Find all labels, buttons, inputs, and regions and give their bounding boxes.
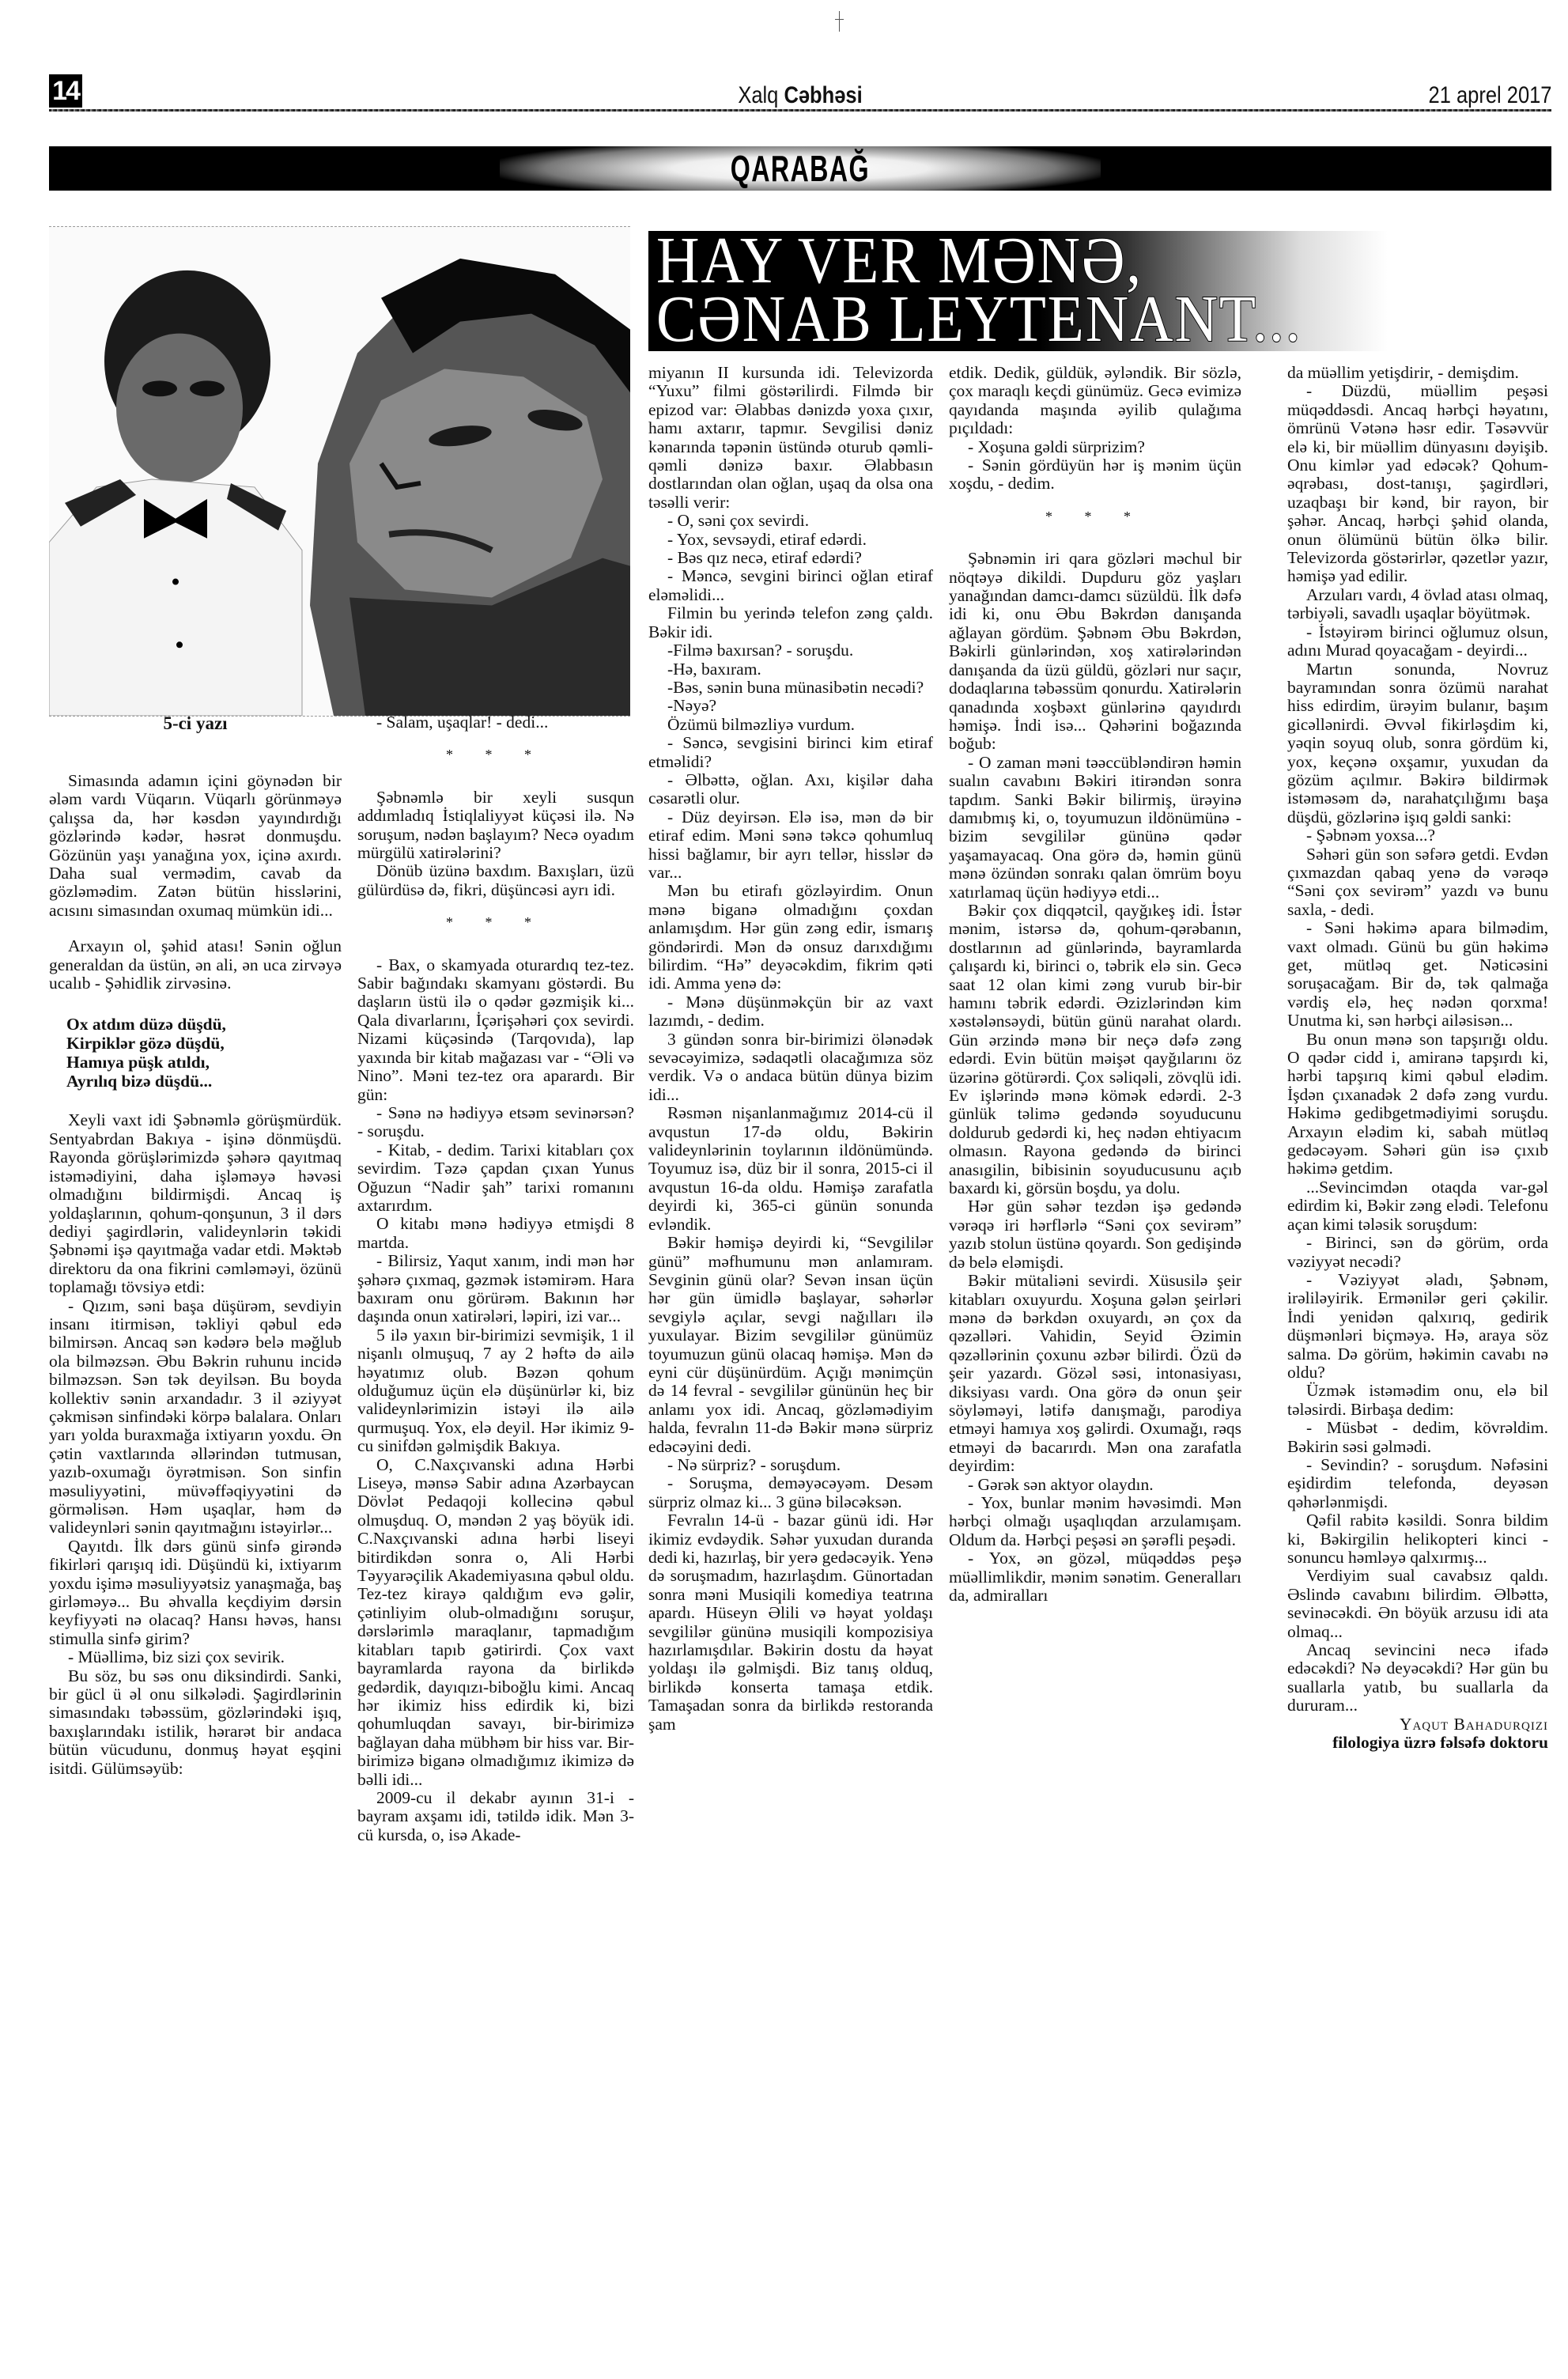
verse-line: Ox atdım düzə düşdü, [66, 1015, 342, 1034]
verse-line: Ayrılıq bizə düşdü... [66, 1072, 342, 1091]
paragraph: - Müəllimə, biz sizi çox sevirik. [49, 1648, 342, 1666]
section-separator: * * * [357, 746, 634, 764]
paragraph: - Bilirsiz, Yaqut xanım, indi mən hər şə… [357, 1252, 634, 1326]
paragraph: 5 ilə yaxın bir-birimizi sevmişik, 1 il … [357, 1326, 634, 1456]
paragraph: - Düz deyirsən. Elə isə, mən də bir etir… [648, 808, 933, 883]
print-registration-mark [832, 11, 848, 32]
paragraph: Ancaq sevincini necə ifadə edəcəkdi? Nə … [1287, 1641, 1548, 1715]
paragraph: - Birinci, sən də görüm, orda vəziyyət n… [1287, 1234, 1548, 1271]
paragraph: Mən bu etirafı gözləyirdim. Onun mənə bi… [648, 882, 933, 993]
headline-box: HAY VER MƏNƏ, CƏNAB LEYTENANT... [648, 231, 1518, 351]
paragraph: - Yox, ən gözəl, müqəddəs peşə müəllimli… [949, 1549, 1241, 1605]
portrait-photo-icon [49, 227, 630, 716]
paragraph: -Nəyə? [648, 697, 933, 715]
paragraph: -Filmə baxırsan? - soruşdu. [648, 641, 933, 660]
paragraph: Bəkir çox diqqətcil, qayğıkeş idi. İstər… [949, 902, 1241, 1198]
paragraph: etdik. Dedik, güldük, əyləndik. Bir sözl… [949, 364, 1241, 438]
paragraph: ...Sevincimdən otaqda var-gəl edirdim ki… [1287, 1178, 1548, 1234]
article-column-4: etdik. Dedik, güldük, əyləndik. Bir sözl… [949, 364, 1241, 1605]
paragraph: miyanın II kursunda idi. Televizorda “Yu… [648, 364, 933, 512]
paragraph: - Xoşuna gəldi sürprizim? [949, 438, 1241, 456]
article-column-2: - Salam, uşaqlar! - dedi... * * * Şəbnəm… [357, 713, 634, 1844]
paragraph: - Kitab, - dedim. Tarixi kitabları çox s… [357, 1141, 634, 1216]
article-photo [49, 226, 630, 717]
paragraph: Özümü bilməzliyə vurdum. [648, 716, 933, 734]
issue-date: 21 aprel 2017 [1428, 82, 1551, 109]
paragraph: - Vəziyyət əladı, Şəbnəm, irəliləyirik. … [1287, 1271, 1548, 1382]
page-number: 14 [49, 74, 82, 108]
paragraph: - Yox, sevsəydi, etiraf edərdi. [648, 531, 933, 549]
paragraph: - Sənə nə hədiyyə etsəm sevinərsən? - so… [357, 1104, 634, 1141]
paragraph: - Düzdü, müəllim peşəsi müqəddəsdi. Anca… [1287, 382, 1548, 585]
paragraph: - Bəs qız necə, etiraf edərdi? [648, 549, 933, 567]
paragraph: Bu onun mənə son tapşırığı oldu. O qədər… [1287, 1031, 1548, 1178]
paragraph: 3 gündən sonra bir-birimizi ölənədək sev… [648, 1031, 933, 1105]
paragraph: - Mənə düşünməkçün bir az vaxt lazımdı, … [648, 993, 933, 1031]
paragraph: Simasında adamın içini göynədən bir ələm… [49, 772, 342, 920]
paragraph: - Məncə, sevgini birinci oğlan etiraf el… [648, 567, 933, 604]
headline-line-2: CƏNAB LEYTENANT... [656, 289, 1302, 350]
paragraph: Filmin bu yerində telefon zəng çaldı. Bə… [648, 604, 933, 641]
paragraph: - Yox, bunlar mənim həvəsimdi. Mən hərbç… [949, 1494, 1241, 1549]
paragraph: Bu söz, bu səs onu diksindirdi. Sanki, b… [49, 1667, 342, 1778]
article-column-5: da müəllim yetişdirir, - demişdim. - Düz… [1287, 364, 1548, 1752]
author-name: Yaqut Bahadurqızı [1287, 1715, 1548, 1734]
paragraph: da müəllim yetişdirir, - demişdim. [1287, 364, 1548, 382]
newspaper-name: Xalq Cəbhəsi [162, 82, 1439, 109]
paragraph: Fevralın 14-ü - bazar günü idi. Hər ikim… [648, 1511, 933, 1734]
paragraph: -Hə, baxıram. [648, 660, 933, 679]
poem-verse: Ox atdım düzə düşdü, Kirpiklər gözə düşd… [49, 1015, 342, 1091]
paragraph: - Şəbnəm yoxsa...? [1287, 826, 1548, 845]
paragraph: - O, səni çox sevirdi. [648, 512, 933, 530]
paragraph: Şəbnəmin iri qara gözləri məchul bir nöq… [949, 550, 1241, 753]
newspaper-name-bold: Cəbhəsi [784, 82, 862, 108]
section-separator: * * * [949, 508, 1241, 526]
paragraph: - Səni həkimə apara bilmədim, vaxt olmad… [1287, 919, 1548, 1030]
paragraph: - Salam, uşaqlar! - dedi... [357, 713, 634, 732]
paragraph: Bəkir mütaliəni sevirdi. Xüsusilə şeir k… [949, 1272, 1241, 1475]
paragraph: Hər gün səhər tezdən işə gedəndə vərəqə … [949, 1197, 1241, 1272]
author-title: filologiya üzrə fəlsəfə doktoru [1287, 1734, 1548, 1752]
paragraph: - Müsbət - dedim, kövrəldim. Bəkirin səs… [1287, 1419, 1548, 1456]
paragraph: - Soruşma, deməyəcəyəm. Desəm sürpriz ol… [648, 1474, 933, 1511]
paragraph: Xeyli vaxt idi Şəbnəmlə görüşmürdük. Sen… [49, 1111, 342, 1296]
paragraph: Arxayın ol, şəhid atası! Sənin oğlun gen… [49, 937, 342, 993]
paragraph: - Qızım, səni başa düşürəm, sevdiyin ins… [49, 1297, 342, 1537]
paragraph: 2009-cu il dekabr ayının 31-i - bayram a… [357, 1789, 634, 1844]
article-column-1: Simasında adamın içini göynədən bir ələm… [49, 748, 342, 1778]
paragraph: Şəbnəmlə bir xeyli susqun addımladıq İst… [357, 789, 634, 863]
paragraph: Qayıtdı. İlk dərs günü sinfə girəndə fik… [49, 1537, 342, 1648]
paragraph: Rəsmən nişanlanmağımız 2014-cü il avqust… [648, 1104, 933, 1234]
series-caption: 5-ci yazı [49, 713, 342, 734]
paragraph: - İstəyirəm birinci oğlumuz olsun, adını… [1287, 623, 1548, 660]
paragraph: - Gərək sən aktyor olaydın. [949, 1476, 1241, 1494]
paragraph: - Bax, o skamyada oturardıq tez-tez. Sab… [357, 956, 634, 1104]
section-title: QARABAĞ [731, 147, 870, 190]
masthead: 14 Xalq Cəbhəsi 21 aprel 2017 [49, 74, 1551, 111]
paragraph: Arzuları vardı, 4 övlad atası olmaq, tər… [1287, 586, 1548, 623]
paragraph: Martın sonunda, Novruz bayramından sonra… [1287, 660, 1548, 827]
verse-line: Hamıya püşk atıldı, [66, 1053, 342, 1072]
paragraph: Səhəri gün son səfərə getdi. Evdən çıxma… [1287, 845, 1548, 920]
paragraph: - Sevindin? - soruşdum. Nəfəsini eşidird… [1287, 1456, 1548, 1511]
paragraph: Üzmək istəmədim onu, elə bil tələsirdi. … [1287, 1382, 1548, 1419]
paragraph: - Sənin gördüyün hər iş mənim üçün xoşdu… [949, 456, 1241, 494]
paragraph: Dönüb üzünə baxdım. Baxışları, üzü gülür… [357, 862, 634, 899]
newspaper-name-regular: Xalq [738, 82, 784, 108]
paragraph: -Bəs, sənin buna münasibətin necədi? [648, 679, 933, 697]
paragraph: O, C.Naxçıvanski adına Hərbi Liseyə, mən… [357, 1456, 634, 1789]
paragraph: Qəfil rabitə kəsildi. Sonra bildim ki, B… [1287, 1511, 1548, 1567]
header-divider [49, 109, 1551, 112]
paragraph: Verdiyim sual cavabsız qaldı. Əslində ca… [1287, 1567, 1548, 1641]
section-banner: QARABAĞ [49, 146, 1551, 191]
paragraph: - Əlbəttə, oğlan. Axı, kişilər daha cəsa… [648, 771, 933, 808]
paragraph: Bəkir həmişə deyirdi ki, “Sevgililər gün… [648, 1234, 933, 1456]
paragraph: O kitabı mənə hədiyyə etmişdi 8 martda. [357, 1215, 634, 1252]
verse-line: Kirpiklər gözə düşdü, [66, 1034, 342, 1053]
article-column-3: miyanın II kursunda idi. Televizorda “Yu… [648, 364, 933, 1734]
paragraph: - Səncə, sevgisini birinci kim etiraf et… [648, 734, 933, 771]
section-separator: * * * [357, 913, 634, 932]
paragraph: - O zaman məni təəccübləndirən həmin sua… [949, 754, 1241, 902]
paragraph: - Nə sürpriz? - soruşdum. [648, 1456, 933, 1474]
